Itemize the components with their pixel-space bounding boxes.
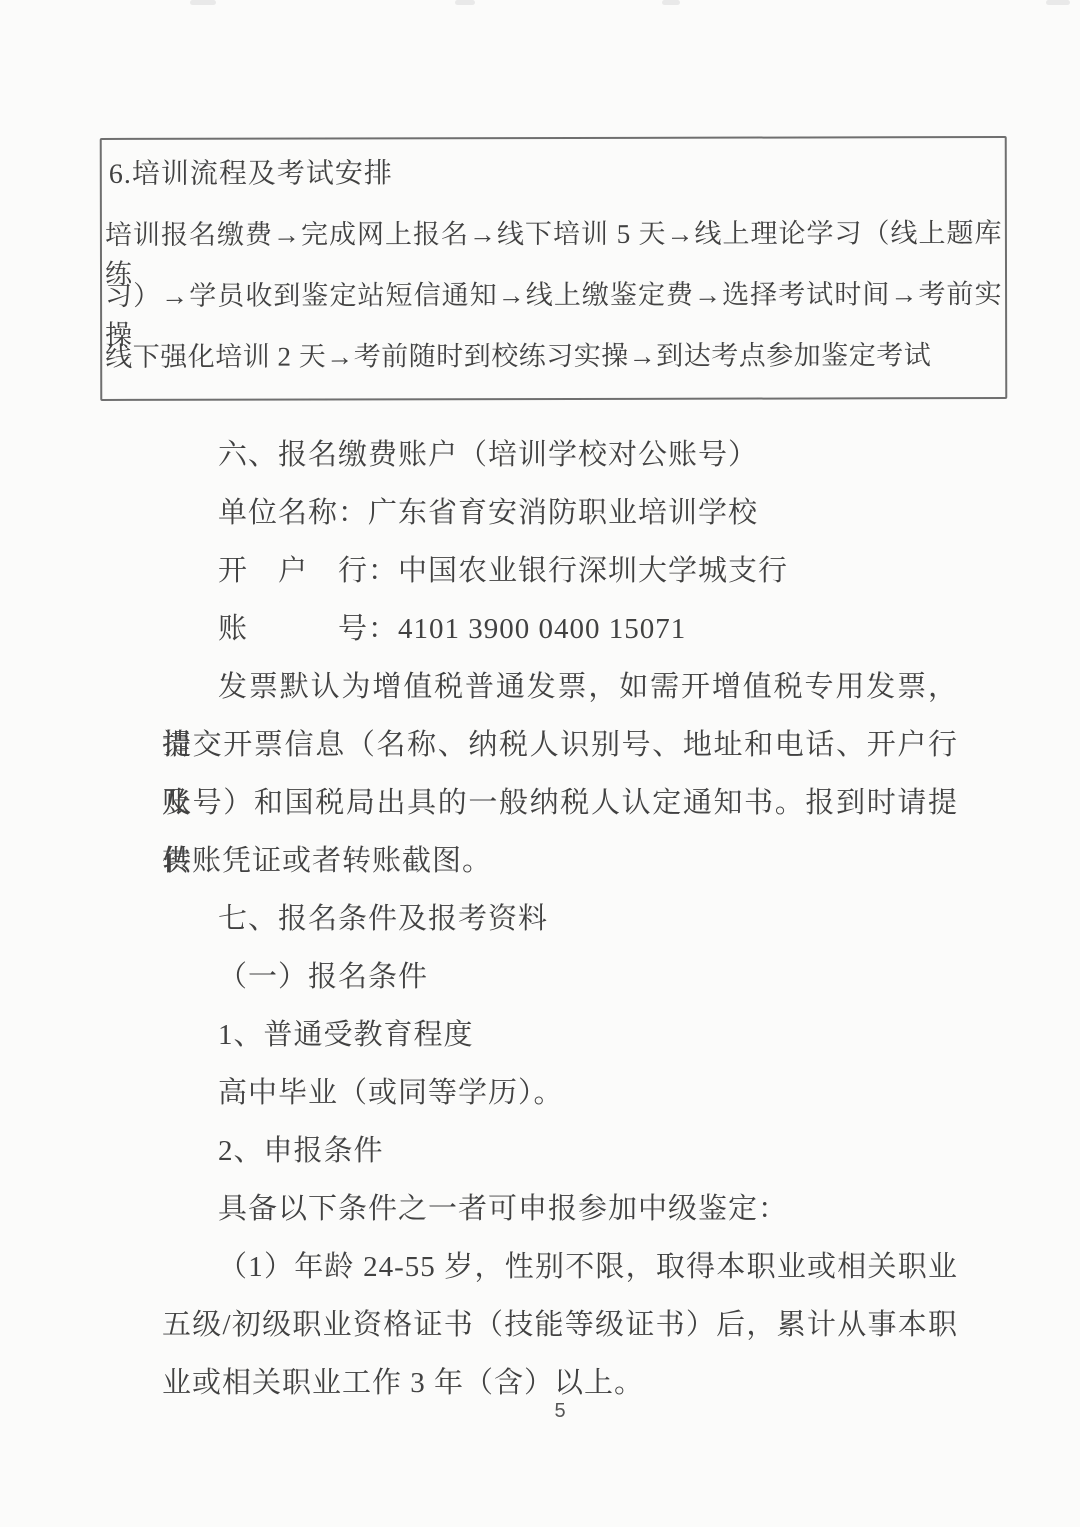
item-1-education: 1、普通受教育程度: [162, 1006, 958, 1064]
flow-box-title: 6.培训流程及考试安排: [109, 151, 393, 192]
conditions-intro: 具备以下条件之一者可申报参加中级鉴定：: [162, 1180, 958, 1238]
scan-artifact: [455, 0, 475, 5]
education-requirement: 高中毕业（或同等学历）。: [162, 1064, 958, 1122]
item-2-conditions: 2、申报条件: [162, 1122, 958, 1180]
condition-1-line-1: （1）年龄 24-55 岁，性别不限，取得本职业或相关职业: [162, 1238, 958, 1296]
account-bank: 开 户 行：中国农业银行深圳大学城支行: [162, 542, 958, 600]
heading-section-6: 六、报名缴费账户（培训学校对公账号）: [162, 426, 958, 484]
scan-artifact: [662, 0, 680, 5]
document-body: 六、报名缴费账户（培训学校对公账号） 单位名称：广东省育安消防职业培训学校 开 …: [162, 426, 958, 1412]
account-unit-name: 单位名称：广东省育安消防职业培训学校: [162, 484, 958, 542]
heading-7-1: （一）报名条件: [162, 948, 958, 1006]
heading-section-7: 七、报名条件及报考资料: [162, 890, 958, 948]
invoice-note-line-4: 转账凭证或者转账截图。: [162, 832, 958, 890]
invoice-note-line-3: 账号）和国税局出具的一般纳税人认定通知书。报到时请提供: [162, 774, 958, 832]
invoice-note-line-2: 提交开票信息（名称、纳税人识别号、地址和电话、开户行及: [162, 716, 958, 774]
document-page: 6.培训流程及考试安排 培训报名缴费→完成网上报名→线下培训 5 天→线上理论学…: [0, 0, 1080, 1527]
flow-step-line: 线下强化培训 2 天→考前随时到校练习实操→到达考点参加鉴定考试: [105, 333, 1002, 374]
training-flow-box: 6.培训流程及考试安排 培训报名缴费→完成网上报名→线下培训 5 天→线上理论学…: [100, 136, 1008, 401]
scan-artifact: [190, 0, 216, 5]
invoice-note-line-1: 发票默认为增值税普通发票，如需开增值税专用发票，请: [162, 658, 958, 716]
account-number: 账 号：4101 3900 0400 15071: [162, 600, 958, 658]
page-number: 5: [540, 1400, 580, 1423]
condition-1-line-2: 五级/初级职业资格证书（技能等级证书）后，累计从事本职: [162, 1296, 958, 1354]
scan-artifact: [1046, 0, 1070, 5]
